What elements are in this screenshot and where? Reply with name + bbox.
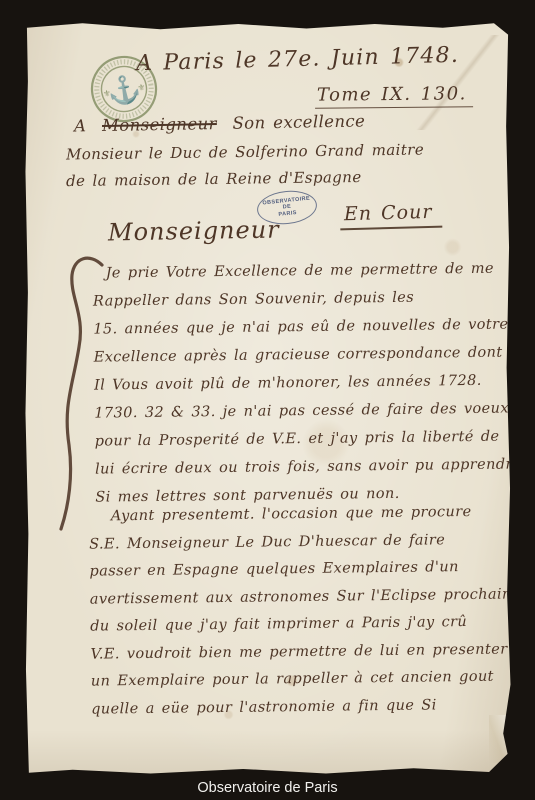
date-line: A Paris le 27e. Juin 1748. [136,43,460,76]
address-line-1: A Monseigneur Son excellence [74,111,366,135]
svg-text:⚜: ⚜ [137,83,147,94]
manuscript-line: lui écrire deux ou trois fois, sans avoi… [95,450,522,483]
struck-word: Monseigneur [102,114,217,135]
tome-number: Tome IX. 130. [315,83,473,108]
manuscript-line: quelle a eüe pour l'astronomie a fin que… [91,691,522,724]
en-cour-annotation: En Cour [340,201,443,231]
manuscript-line: Je prie Votre Excellence de me permettre… [105,254,519,287]
address-line-3: de la maison de la Reine d'Espagne [66,168,362,190]
paragraph-1: Je prie Votre Excellence de me permettre… [92,254,522,511]
photo-background: ⚓ ⚜ ⚜ A Paris le 27e. Juin 1748. Tome IX… [0,0,535,800]
address-suffix: Son excellence [232,111,365,132]
paragraph-2: Ayant presentemt. l'occasion que me proc… [89,498,523,723]
caption-text: Observatoire de Paris [0,780,535,796]
svg-text:⚜: ⚜ [102,89,112,100]
manuscript-line: un Exemplaire pour la rappeller à cet an… [91,663,522,696]
manuscript-line: Ayant presentemt. l'occasion que me proc… [111,498,520,530]
manuscript-page: ⚓ ⚜ ⚜ A Paris le 27e. Juin 1748. Tome IX… [24,21,511,775]
address-line-2: Monsieur le Duc de Solferino Grand maitr… [66,141,424,164]
address-prefix: A [74,116,87,135]
salutation: Monseigneur [108,216,280,247]
